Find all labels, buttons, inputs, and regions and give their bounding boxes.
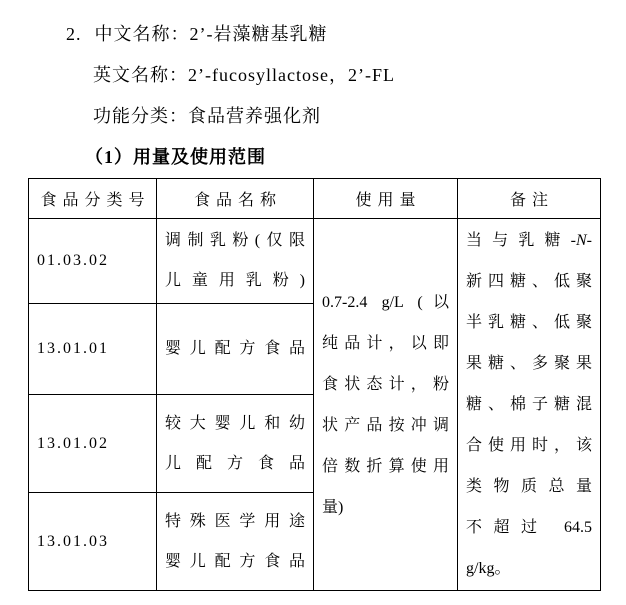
function-category-value: 食品营养强化剂 [188, 106, 321, 126]
usage-line: 食状态计，粉 [322, 364, 449, 405]
food-name-cell: 婴儿配方食品 [157, 304, 314, 395]
chinese-name-value: 2’-岩藻糖基乳糖 [190, 24, 328, 44]
food-name-line: 儿配方食品 [165, 444, 305, 484]
remark-text: 当与乳糖- [466, 232, 576, 249]
chinese-name-label: 中文名称： [95, 24, 190, 44]
usage-line: 倍数折算使用 [322, 446, 449, 487]
remark-line: 果糖、多聚果 [466, 343, 592, 384]
table-row: 01.03.02 调制乳粉(仅限 儿童用乳粉) 0.7-2.4 g/L (以 纯… [29, 219, 601, 304]
document-page: 2.中文名称：2’-岩藻糖基乳糖 英文名称：2’-fucosyllactose，… [0, 0, 626, 605]
header-cell-food-name: 食品名称 [157, 179, 314, 219]
remark-line: 合使用时，该 [466, 425, 592, 466]
english-name-line: 英文名称：2’-fucosyllactose，2’-FL [93, 64, 395, 86]
item-number: 2. [66, 24, 82, 44]
usage-line: 状产品按冲调 [322, 405, 449, 446]
food-name-line: 婴儿配方食品 [165, 542, 305, 582]
header-cell-remark: 备注 [458, 179, 601, 219]
food-name-cell: 调制乳粉(仅限 儿童用乳粉) [157, 219, 314, 304]
function-category-line: 功能分类：食品营养强化剂 [93, 105, 321, 127]
remark-italic-n: N [576, 232, 587, 249]
remark-line: g/kg。 [466, 548, 592, 589]
remark-cell: 当与乳糖-N- 新四糖、低聚 半乳糖、低聚 果糖、多聚果 糖、棉子糖混 合使用时… [458, 219, 601, 591]
food-name-cell: 特殊医学用途 婴儿配方食品 [157, 493, 314, 591]
remark-line: 糖、棉子糖混 [466, 384, 592, 425]
food-category-code: 13.01.02 [29, 395, 157, 493]
usage-line: 0.7-2.4 g/L (以 [322, 282, 449, 323]
english-name-value: 2’-fucosyllactose，2’-FL [188, 65, 395, 85]
food-name-line: 儿童用乳粉) [165, 261, 305, 301]
usage-amount-cell: 0.7-2.4 g/L (以 纯品计，以即 食状态计，粉 状产品按冲调 倍数折算… [314, 219, 458, 591]
chinese-name-line: 2.中文名称：2’-岩藻糖基乳糖 [66, 23, 328, 45]
remark-line: 半乳糖、低聚 [466, 302, 592, 343]
food-name-line: 调制乳粉(仅限 [165, 221, 305, 261]
food-name-cell: 较大婴儿和幼 儿配方食品 [157, 395, 314, 493]
table-header-row: 食品分类号 食品名称 使用量 备注 [29, 179, 601, 219]
food-category-code: 13.01.03 [29, 493, 157, 591]
header-cell-food-category-code: 食品分类号 [29, 179, 157, 219]
food-category-code: 13.01.01 [29, 304, 157, 395]
food-name-line: 特殊医学用途 [165, 502, 305, 542]
food-category-code: 01.03.02 [29, 219, 157, 304]
food-name-line: 婴儿配方食品 [165, 329, 305, 369]
function-category-label: 功能分类： [93, 106, 188, 126]
food-name-line: 较大婴儿和幼 [165, 404, 305, 444]
usage-line: 量) [322, 487, 449, 528]
usage-line: 纯品计，以即 [322, 323, 449, 364]
header-cell-usage-amount: 使用量 [314, 179, 458, 219]
remark-line: 新四糖、低聚 [466, 261, 592, 302]
remark-line: 不超过 64.5 [466, 507, 592, 548]
english-name-label: 英文名称： [93, 65, 188, 85]
remark-line: 当与乳糖-N- [466, 220, 592, 261]
section-heading: （1）用量及使用范围 [85, 146, 266, 168]
remark-line: 类物质总量 [466, 466, 592, 507]
usage-table: 食品分类号 食品名称 使用量 备注 01.03.02 调制乳粉(仅限 儿童用乳粉… [28, 178, 601, 591]
remark-text: - [587, 232, 592, 249]
